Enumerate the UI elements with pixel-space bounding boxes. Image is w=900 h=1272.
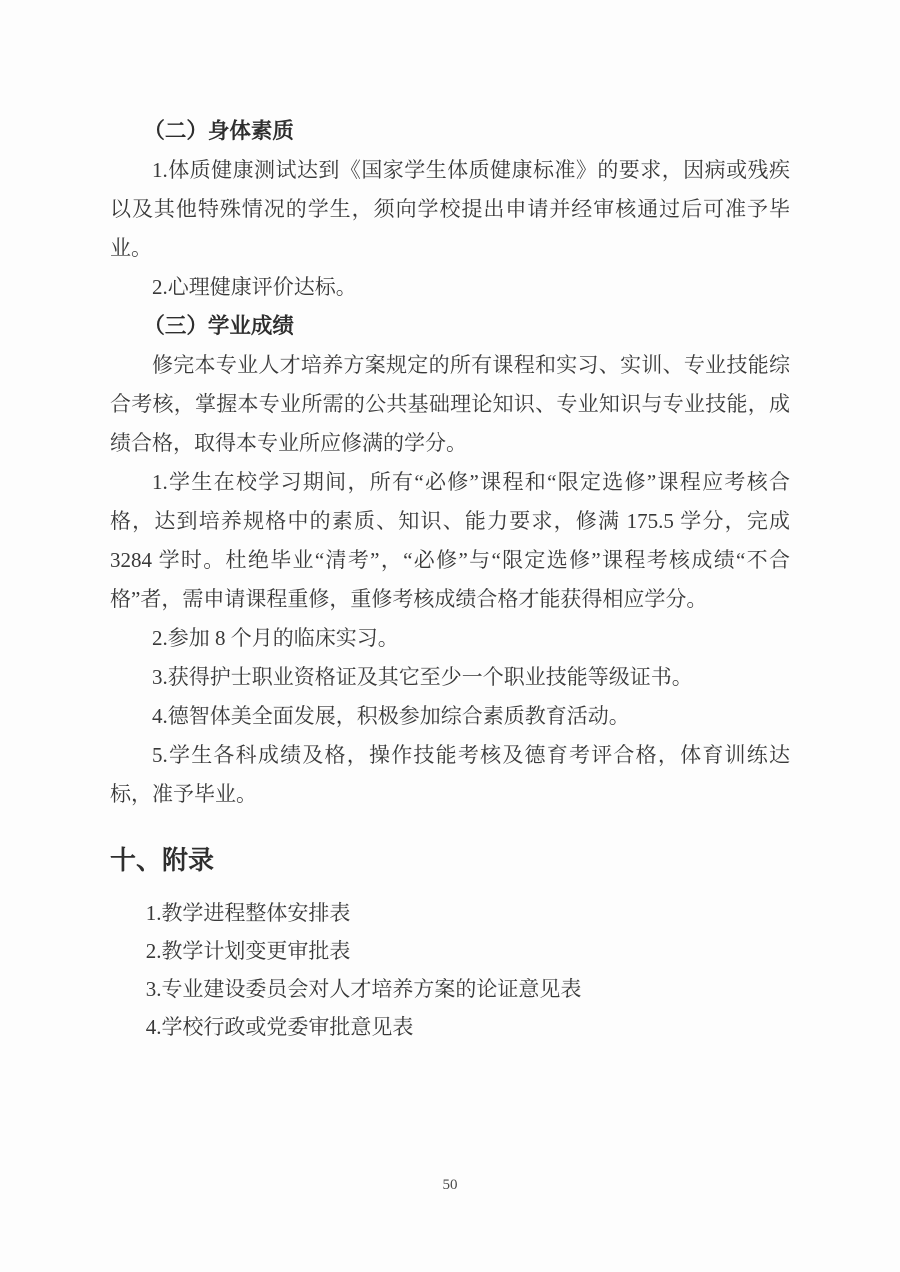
- document-page: （二）身体素质 1.体质健康测试达到《国家学生体质健康标准》的要求，因病或残疾以…: [0, 0, 900, 1272]
- appendix-item-4: 4.学校行政或党委审批意见表: [110, 1008, 790, 1046]
- heading-academic-performance: （三）学业成绩: [110, 307, 790, 346]
- paragraph-academic-3: 3.获得护士职业资格证及其它至少一个职业技能等级证书。: [110, 658, 790, 697]
- paragraph-academic-intro: 修完本专业人才培养方案规定的所有课程和实习、实训、专业技能综合考核，掌握本专业所…: [110, 346, 790, 463]
- appendix-item-2: 2.教学计划变更审批表: [110, 932, 790, 970]
- page-number: 50: [0, 1177, 900, 1194]
- document-content: （二）身体素质 1.体质健康测试达到《国家学生体质健康标准》的要求，因病或残疾以…: [0, 0, 900, 1046]
- paragraph-academic-5: 5.学生各科成绩及格，操作技能考核及德育考评合格，体育训练达标，准予毕业。: [110, 736, 790, 814]
- appendix-item-1: 1.教学进程整体安排表: [110, 894, 790, 932]
- paragraph-academic-1: 1.学生在校学习期间，所有“必修”课程和“限定选修”课程应考核合格，达到培养规格…: [110, 463, 790, 619]
- paragraph-physical-2: 2.心理健康评价达标。: [110, 268, 790, 307]
- heading-appendix: 十、附录: [110, 840, 790, 880]
- paragraph-academic-2: 2.参加 8 个月的临床实习。: [110, 619, 790, 658]
- paragraph-physical-1: 1.体质健康测试达到《国家学生体质健康标准》的要求，因病或残疾以及其他特殊情况的…: [110, 151, 790, 268]
- appendix-item-3: 3.专业建设委员会对人才培养方案的论证意见表: [110, 970, 790, 1008]
- paragraph-academic-4: 4.德智体美全面发展，积极参加综合素质教育活动。: [110, 697, 790, 736]
- heading-physical-quality: （二）身体素质: [110, 112, 790, 151]
